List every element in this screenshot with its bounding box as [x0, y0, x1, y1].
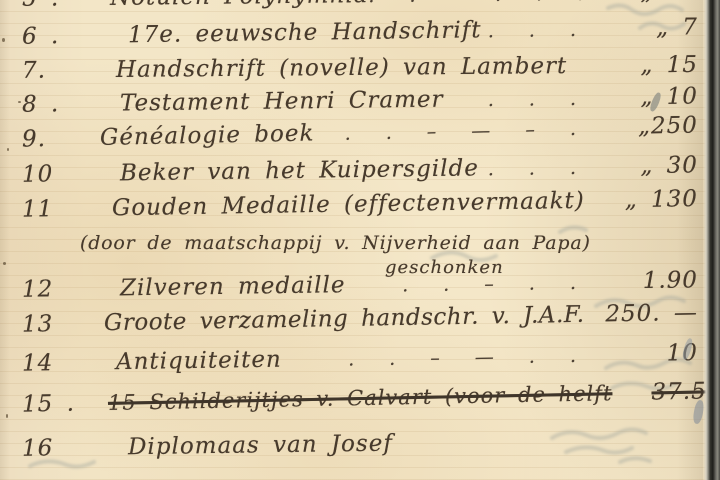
paper-speck — [6, 414, 8, 418]
dot-leader: . . . — [443, 88, 602, 112]
item-description: 17e. eeuwsche Handschrift — [128, 17, 482, 48]
paper-speck — [18, 101, 21, 103]
item-description: Groote verzameling handschr. v. J.A.F. — [104, 302, 585, 336]
item-number: 9. — [0, 125, 80, 153]
list-item: 8 . Testament Henri Cramer . . . „ 10 — [0, 83, 698, 118]
paper-speck — [7, 148, 9, 151]
list-item: 13 Groote verzameling handschr. v. J.A.F… — [0, 300, 698, 338]
item-description: (door de maatschappij v. Nijverheid aan … — [80, 232, 591, 254]
dot-leader: . . . — [479, 157, 602, 181]
item-amount: „ 15 — [602, 52, 698, 79]
item-number: 5 . — [0, 0, 80, 12]
list-item: 5 . Notulen Polyhymnia . . – . . . „ 30 — [0, 0, 698, 12]
inventory-list: 5 . Notulen Polyhymnia . . – . . . „ 30 … — [0, 0, 720, 480]
item-number: 6 . — [0, 23, 80, 50]
list-item: 7. Handschrift (novelle) van Lambert „ 1… — [0, 52, 698, 84]
item-amount: 250. — — [602, 300, 698, 328]
item-number: 16 — [0, 435, 80, 462]
list-item: 10 Beker van het Kuipersgilde . . . „ 30 — [0, 152, 698, 188]
paper-speck — [2, 38, 5, 42]
item-description: 15 Schilderijtjes v. Calvart (voor de he… — [108, 381, 613, 415]
item-amount: „ 30 — [602, 0, 698, 6]
paper-speck — [3, 262, 6, 265]
item-number: 11 — [0, 196, 80, 223]
list-item: (door de maatschappij v. Nijverheid aan … — [0, 232, 698, 254]
item-number: 14 — [0, 350, 80, 377]
list-item: 15 . 15 Schilderijtjes v. Calvart (voor … — [0, 379, 698, 418]
list-item: 11 Gouden Medaille (effectenvermaakt) „ … — [0, 186, 698, 223]
item-amount: „ 30 — [602, 152, 698, 179]
dot-leader: . . . — [481, 19, 602, 43]
item-amount — [602, 446, 698, 447]
item-number: 8 . — [0, 91, 80, 118]
list-item: 9. Généalogie boek . . – — – . „250 — [0, 112, 698, 153]
list-item: 16 Diplomaas van Josef — [0, 426, 698, 462]
list-item: 6 . 17e. eeuwsche Handschrift . . . „ 7 — [0, 14, 698, 50]
dot-leader: . . – . . . — [368, 0, 602, 7]
item-description: Handschrift (novelle) van Lambert — [116, 53, 567, 83]
dot-leader: . . – . . — [345, 272, 602, 298]
list-item: 12 Zilveren medaille . . – . . 1.90 — [0, 267, 698, 303]
item-description: Antiquiteiten — [116, 347, 282, 376]
dot-leader: . . – — . . — [282, 345, 603, 372]
item-amount: 37.50 — [626, 378, 720, 406]
item-number: 13 — [0, 311, 80, 338]
item-amount: 1.90 — [602, 267, 698, 294]
item-amount: „250 — [602, 112, 699, 140]
dot-leader — [393, 448, 602, 451]
item-number: 10 — [0, 161, 80, 188]
item-amount: „ 10 — [602, 83, 698, 110]
item-amount: 10 — [602, 340, 698, 368]
item-amount: „ 7 — [602, 14, 698, 41]
list-item: 14 Antiquiteiten . . – — . . 10 — [0, 340, 698, 377]
item-description: Diplomaas van Josef — [128, 431, 393, 461]
item-number: 7. — [0, 57, 80, 84]
item-amount: „ 130 — [602, 186, 698, 214]
dot-leader: . . – — – . — [314, 117, 602, 145]
item-description: Beker van het Kuipersgilde — [120, 155, 479, 186]
item-description: Testament Henri Cramer — [120, 87, 444, 117]
manuscript-page: 5 . Notulen Polyhymnia . . – . . . „ 30 … — [0, 0, 720, 480]
item-description: Zilveren medaille — [120, 272, 346, 301]
item-number: 12 — [0, 276, 80, 303]
item-number: 15 . — [0, 390, 80, 418]
item-description: Gouden Medaille (effectenvermaakt) — [112, 188, 585, 221]
item-description: Généalogie boek — [100, 120, 315, 150]
item-description: Notulen Polyhymnia — [110, 0, 369, 11]
